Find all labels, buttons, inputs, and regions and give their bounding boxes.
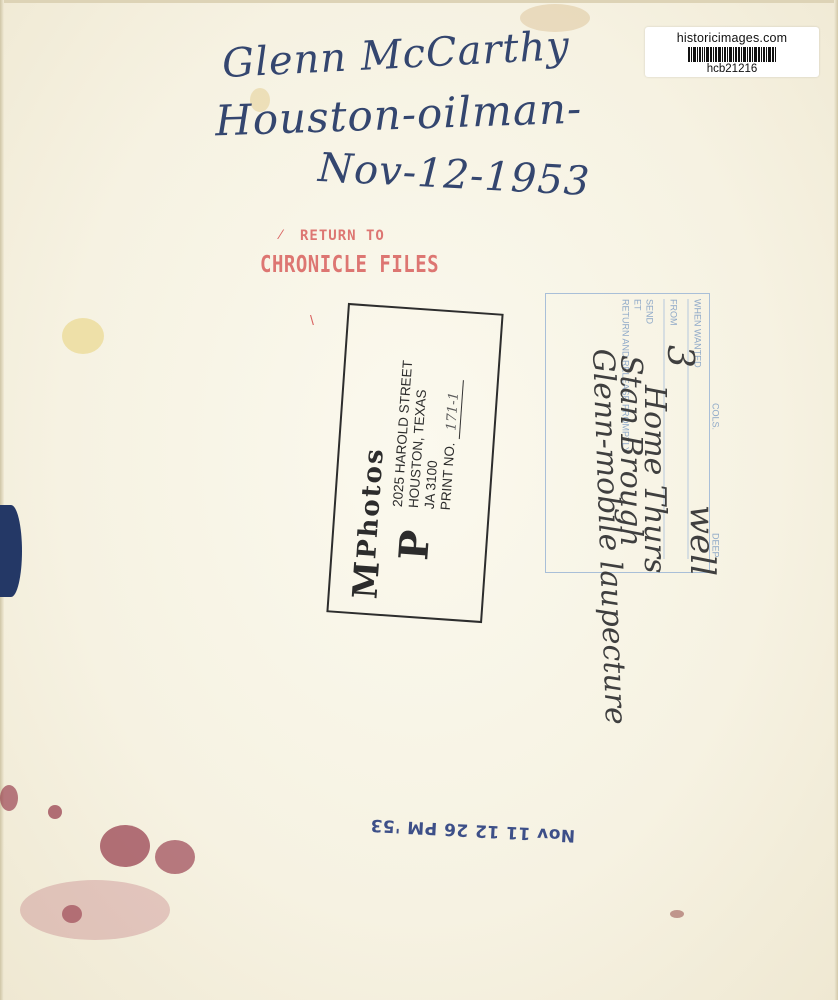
form-hand-deep: well — [682, 505, 722, 576]
red-tick-mark: ⁄ — [280, 226, 282, 242]
print-no-label: PRINT NO. — [438, 442, 458, 511]
form-cols-label: COLS. — [710, 403, 720, 430]
barcode-icon — [672, 47, 792, 62]
red-stain — [155, 840, 195, 874]
form-et-label: ET — [632, 299, 642, 311]
red-stain — [62, 905, 82, 923]
historicimages-label: historicimages.com hcb21216 — [645, 27, 819, 77]
label-site: historicimages.com — [645, 31, 819, 45]
photo-back-page: historicimages.com hcb21216 Glenn McCart… — [0, 0, 838, 1000]
form-send-label: SEND — [644, 299, 654, 324]
form-from-label: FROM — [668, 299, 678, 326]
paper-edge-top — [0, 0, 838, 3]
caption-occupation: Houston-oilman- — [214, 84, 583, 146]
logo-p: P — [390, 529, 439, 562]
form-hand-cols: 3 — [659, 345, 700, 368]
red-stain — [0, 785, 18, 811]
print-no-value: 171-1 — [443, 379, 464, 439]
red-stain — [20, 880, 170, 940]
label-code: hcb21216 — [645, 63, 819, 75]
received-date-stamp: Nov 11 12 26 PM '53 — [370, 815, 576, 846]
logo-photos: Photos — [352, 446, 390, 560]
paper-edge-right — [834, 0, 838, 1000]
return-stamp-line2: CHRONICLE FILES — [260, 252, 439, 278]
paper-edge-left — [0, 0, 4, 1000]
red-stain — [670, 910, 684, 918]
caption-date: Nov-12-1953 — [317, 145, 591, 205]
caption-name: Glenn McCarthy — [221, 23, 571, 87]
photographer-stamp: M P Photos 2025 HAROLD STREET HOUSTON, T… — [326, 303, 503, 623]
red-stain — [48, 805, 62, 819]
ink-blot-left — [0, 505, 22, 597]
logo-m: M — [345, 560, 388, 600]
red-tick-mark: \ — [310, 312, 314, 328]
return-stamp-line1: RETURN TO — [300, 228, 385, 244]
yellow-stain — [62, 318, 104, 354]
red-stain — [100, 825, 150, 867]
